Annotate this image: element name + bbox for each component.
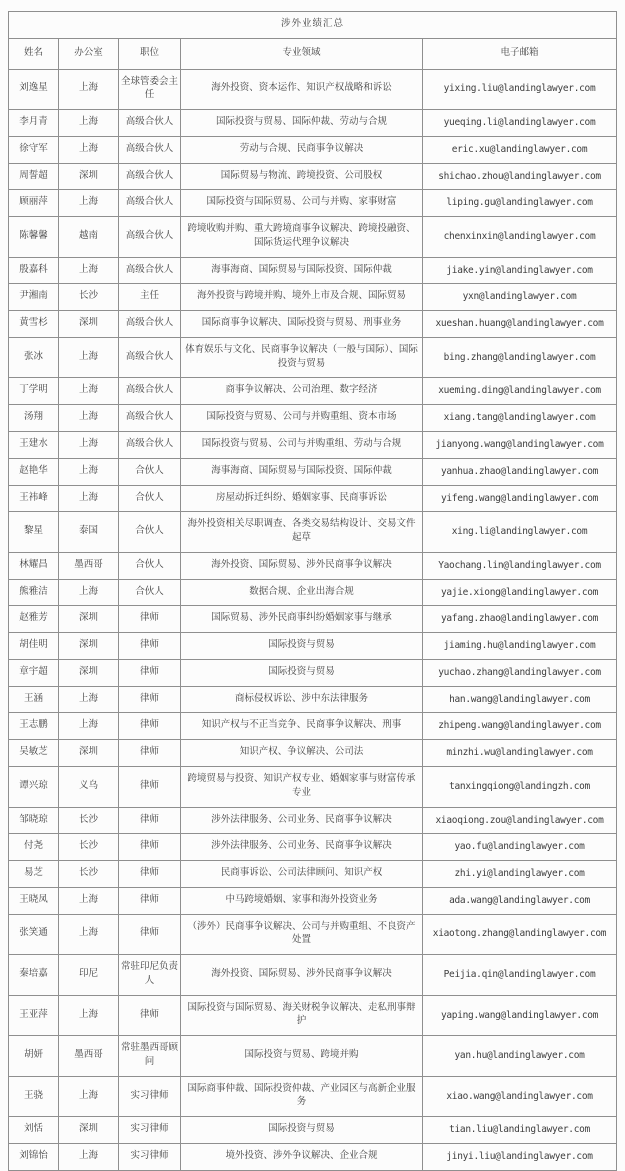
field-cell: 海外投资、国际贸易、涉外民商事争议解决 [181,552,423,579]
field-cell: 商事争议解决、公司治理、数字经济 [181,378,423,405]
position-cell: 律师 [119,633,181,660]
position-cell: 高级合伙人 [119,405,181,432]
office-cell: 印尼 [59,955,119,996]
name-cell: 黎星 [9,512,59,553]
table-row: 胡佳明深圳律师国际投资与贸易jiaming.hu@landinglawyer.c… [9,633,617,660]
email-cell: yaping.wang@landinglawyer.com [423,995,617,1036]
position-cell: 常驻墨西哥顾问 [119,1036,181,1077]
name-cell: 刘锦怡 [9,1143,59,1170]
email-cell: yanhua.zhao@landinglawyer.com [423,458,617,485]
position-cell: 高级合伙人 [119,311,181,338]
office-cell: 泰国 [59,512,119,553]
email-cell: xiaotong.zhang@landinglawyer.com [423,914,617,955]
position-cell: 全球管委会主任 [119,69,181,110]
email-cell: minzhi.wu@landinglawyer.com [423,740,617,767]
table-row: 王晓凤上海律师中马跨境婚姻、家事和海外投资业务ada.wang@landingl… [9,887,617,914]
position-cell: 合伙人 [119,552,181,579]
position-cell: 合伙人 [119,579,181,606]
name-cell: 秦培嘉 [9,955,59,996]
email-cell: jinyi.liu@landinglawyer.com [423,1143,617,1170]
office-cell: 上海 [59,378,119,405]
name-cell: 张笑通 [9,914,59,955]
email-cell: zhi.yi@landinglawyer.com [423,861,617,888]
position-cell: 律师 [119,740,181,767]
email-cell: tian.liu@landinglawyer.com [423,1117,617,1144]
position-cell: 合伙人 [119,458,181,485]
name-cell: 王志鹏 [9,713,59,740]
name-cell: 付尧 [9,834,59,861]
office-cell: 长沙 [59,807,119,834]
email-cell: liping.gu@landinglawyer.com [423,190,617,217]
name-cell: 吴敏芝 [9,740,59,767]
office-cell: 深圳 [59,311,119,338]
email-cell: jiake.yin@landinglawyer.com [423,257,617,284]
field-cell: 海外投资相关尽职调查、各类交易结构设计、交易文件起草 [181,512,423,553]
position-cell: 律师 [119,861,181,888]
position-cell: 律师 [119,887,181,914]
name-cell: 赵雅芳 [9,606,59,633]
office-cell: 上海 [59,458,119,485]
table-row: 张冰上海高级合伙人体育娱乐与文化、民商事争议解决（一般与国际）、国际投资与贸易b… [9,337,617,378]
table-row: 赵艳华上海合伙人海事海商、国际贸易与国际投资、国际仲裁yanhua.zhao@l… [9,458,617,485]
field-cell: 知识产权与不正当竞争、民商事争议解决、刑事 [181,713,423,740]
office-cell: 深圳 [59,740,119,767]
table-head: 涉外业绩汇总 姓名办公室职位专业领域电子邮箱 [9,12,617,70]
table-row: 熊雅洁上海合伙人数据合规、企业出海合规yajie.xiong@landingla… [9,579,617,606]
name-cell: 王涵 [9,686,59,713]
email-cell: eric.xu@landinglawyer.com [423,136,617,163]
table-row: 章宇超深圳律师国际投资与贸易yuchao.zhang@landinglawyer… [9,659,617,686]
table-row: 徐守军上海高级合伙人劳动与合规、民商事争议解决eric.xu@landingla… [9,136,617,163]
position-cell: 高级合伙人 [119,378,181,405]
table-row: 周誓超深圳高级合伙人国际贸易与物流、跨境投资、公司股权shichao.zhou@… [9,163,617,190]
table-row: 王骁上海实习律师国际商事仲裁、国际投资仲裁、产业园区与高新企业服务xiao.wa… [9,1076,617,1117]
table-row: 顾丽萍上海高级合伙人国际投资与国际贸易、公司与并购、家事财富liping.gu@… [9,190,617,217]
email-cell: chenxinxin@landinglawyer.com [423,217,617,258]
office-cell: 上海 [59,190,119,217]
field-cell: 民商事诉讼、公司法律顾问、知识产权 [181,861,423,888]
name-cell: 黄雪杉 [9,311,59,338]
column-header: 职位 [119,38,181,69]
field-cell: 国际贸易、涉外民商事纠纷婚姻家事与继承 [181,606,423,633]
field-cell: 国际投资与国际贸易、公司与并购、家事财富 [181,190,423,217]
office-cell: 深圳 [59,606,119,633]
office-cell: 上海 [59,1076,119,1117]
position-cell: 合伙人 [119,485,181,512]
name-cell: 陈馨馨 [9,217,59,258]
email-cell: xiao.wang@landinglawyer.com [423,1076,617,1117]
column-header: 姓名 [9,38,59,69]
position-cell: 律师 [119,914,181,955]
field-cell: 国际投资与贸易、国际仲裁、劳动与合规 [181,110,423,137]
office-cell: 上海 [59,1143,119,1170]
office-cell: 上海 [59,136,119,163]
position-cell: 实习律师 [119,1117,181,1144]
email-cell: yueqing.li@landinglawyer.com [423,110,617,137]
lawyer-roster-table: 涉外业绩汇总 姓名办公室职位专业领域电子邮箱 刘逸星上海全球管委会主任海外投资、… [8,11,617,1171]
office-cell: 长沙 [59,834,119,861]
field-cell: 国际投资与贸易、公司与并购重组、资本市场 [181,405,423,432]
table-row: 王亚萍上海律师国际投资与国际贸易、海关财税争议解决、走私刑事辩护yaping.w… [9,995,617,1036]
office-cell: 上海 [59,485,119,512]
office-cell: 深圳 [59,163,119,190]
table-row: 赵雅芳深圳律师国际贸易、涉外民商事纠纷婚姻家事与继承yafang.zhao@la… [9,606,617,633]
name-cell: 张冰 [9,337,59,378]
name-cell: 王祎峰 [9,485,59,512]
office-cell: 深圳 [59,659,119,686]
email-cell: Peijia.qin@landinglawyer.com [423,955,617,996]
name-cell: 徐守军 [9,136,59,163]
table-row: 付尧长沙律师涉外法律服务、公司业务、民商事争议解决yao.fu@landingl… [9,834,617,861]
table-row: 陈馨馨越南高级合伙人跨境收购并购、重大跨境商事争议解决、跨境投融资、国际货运代理… [9,217,617,258]
office-cell: 上海 [59,337,119,378]
field-cell: 数据合规、企业出海合规 [181,579,423,606]
office-cell: 义乌 [59,766,119,807]
name-cell: 汤翔 [9,405,59,432]
table-row: 丁学明上海高级合伙人商事争议解决、公司治理、数字经济xueming.ding@l… [9,378,617,405]
position-cell: 高级合伙人 [119,163,181,190]
office-cell: 上海 [59,110,119,137]
position-cell: 高级合伙人 [119,110,181,137]
field-cell: 房屋动拆迁纠纷、婚姻家事、民商事诉讼 [181,485,423,512]
office-cell: 上海 [59,713,119,740]
email-cell: xiang.tang@landinglawyer.com [423,405,617,432]
name-cell: 王亚萍 [9,995,59,1036]
office-cell: 上海 [59,579,119,606]
office-cell: 墨西哥 [59,1036,119,1077]
office-cell: 深圳 [59,1117,119,1144]
column-header: 办公室 [59,38,119,69]
position-cell: 高级合伙人 [119,136,181,163]
email-cell: yxn@landinglawyer.com [423,284,617,311]
field-cell: 国际投资与国际贸易、海关财税争议解决、走私刑事辩护 [181,995,423,1036]
table-row: 王建水上海高级合伙人国际投资与贸易、公司与并购重组、劳动与合规jianyong.… [9,432,617,459]
field-cell: 国际商事仲裁、国际投资仲裁、产业园区与高新企业服务 [181,1076,423,1117]
name-cell: 胡妍 [9,1036,59,1077]
field-cell: 劳动与合规、民商事争议解决 [181,136,423,163]
table-row: 胡妍墨西哥常驻墨西哥顾问国际投资与贸易、跨境并购yan.hu@landingla… [9,1036,617,1077]
position-cell: 高级合伙人 [119,217,181,258]
email-cell: bing.zhang@landinglawyer.com [423,337,617,378]
header-row: 姓名办公室职位专业领域电子邮箱 [9,38,617,69]
office-cell: 墨西哥 [59,552,119,579]
position-cell: 常驻印尼负责人 [119,955,181,996]
table-row: 刘逸星上海全球管委会主任海外投资、资本运作、知识产权战略和诉讼yixing.li… [9,69,617,110]
table-row: 汤翔上海高级合伙人国际投资与贸易、公司与并购重组、资本市场xiang.tang@… [9,405,617,432]
name-cell: 周誓超 [9,163,59,190]
position-cell: 律师 [119,659,181,686]
table-row: 黄雪杉深圳高级合伙人国际商事争议解决、国际投资与贸易、刑事业务xueshan.h… [9,311,617,338]
table-row: 黎星泰国合伙人海外投资相关尽职调查、各类交易结构设计、交易文件起草xing.li… [9,512,617,553]
office-cell: 长沙 [59,861,119,888]
position-cell: 律师 [119,995,181,1036]
table-body: 刘逸星上海全球管委会主任海外投资、资本运作、知识产权战略和诉讼yixing.li… [9,69,617,1170]
field-cell: 海事海商、国际贸易与国际投资、国际仲裁 [181,257,423,284]
name-cell: 王建水 [9,432,59,459]
email-cell: yao.fu@landinglawyer.com [423,834,617,861]
field-cell: 海外投资与跨境并购、境外上市及合规、国际贸易 [181,284,423,311]
email-cell: shichao.zhou@landinglawyer.com [423,163,617,190]
table-row: 张笑通上海律师（涉外）民商事争议解决、公司与并购重组、不良资产处置xiaoton… [9,914,617,955]
office-cell: 上海 [59,69,119,110]
position-cell: 高级合伙人 [119,190,181,217]
name-cell: 谭兴琼 [9,766,59,807]
field-cell: 国际投资与贸易 [181,633,423,660]
name-cell: 赵艳华 [9,458,59,485]
position-cell: 律师 [119,606,181,633]
position-cell: 高级合伙人 [119,432,181,459]
name-cell: 林耀昌 [9,552,59,579]
email-cell: xiaoqiong.zou@landinglawyer.com [423,807,617,834]
field-cell: 海事海商、国际贸易与国际投资、国际仲裁 [181,458,423,485]
name-cell: 刘逸星 [9,69,59,110]
table-row: 谭兴琼义乌律师跨境贸易与投资、知识产权专业、婚姻家事与财富传承专业tanxing… [9,766,617,807]
position-cell: 律师 [119,766,181,807]
position-cell: 合伙人 [119,512,181,553]
table-title: 涉外业绩汇总 [9,12,617,39]
table-row: 李月青上海高级合伙人国际投资与贸易、国际仲裁、劳动与合规yueqing.li@l… [9,110,617,137]
email-cell: yajie.xiong@landinglawyer.com [423,579,617,606]
office-cell: 深圳 [59,633,119,660]
field-cell: 商标侵权诉讼、涉中东法律服务 [181,686,423,713]
email-cell: zhipeng.wang@landinglawyer.com [423,713,617,740]
position-cell: 实习律师 [119,1076,181,1117]
email-cell: yuchao.zhang@landinglawyer.com [423,659,617,686]
table-row: 秦培嘉印尼常驻印尼负责人海外投资、国际贸易、涉外民商事争议解决Peijia.qi… [9,955,617,996]
name-cell: 尹湘南 [9,284,59,311]
name-cell: 顾丽萍 [9,190,59,217]
email-cell: xueshan.huang@landinglawyer.com [423,311,617,338]
column-header: 专业领域 [181,38,423,69]
name-cell: 王晓凤 [9,887,59,914]
table-row: 易芝长沙律师民商事诉讼、公司法律顾问、知识产权zhi.yi@landinglaw… [9,861,617,888]
position-cell: 高级合伙人 [119,257,181,284]
column-header: 电子邮箱 [423,38,617,69]
name-cell: 李月青 [9,110,59,137]
position-cell: 实习律师 [119,1143,181,1170]
office-cell: 上海 [59,257,119,284]
name-cell: 章宇超 [9,659,59,686]
email-cell: yafang.zhao@landinglawyer.com [423,606,617,633]
office-cell: 上海 [59,995,119,1036]
field-cell: 国际投资与贸易、公司与并购重组、劳动与合规 [181,432,423,459]
title-row: 涉外业绩汇总 [9,12,617,39]
email-cell: han.wang@landinglawyer.com [423,686,617,713]
table-row: 王涵上海律师商标侵权诉讼、涉中东法律服务han.wang@landinglawy… [9,686,617,713]
position-cell: 律师 [119,807,181,834]
office-cell: 上海 [59,686,119,713]
email-cell: xing.li@landinglawyer.com [423,512,617,553]
name-cell: 殷嘉科 [9,257,59,284]
document-page: 涉外业绩汇总 姓名办公室职位专业领域电子邮箱 刘逸星上海全球管委会主任海外投资、… [0,0,625,1127]
field-cell: 体育娱乐与文化、民商事争议解决（一般与国际）、国际投资与贸易 [181,337,423,378]
field-cell: 国际商事争议解决、国际投资与贸易、刑事业务 [181,311,423,338]
position-cell: 律师 [119,713,181,740]
field-cell: 跨境收购并购、重大跨境商事争议解决、跨境投融资、国际货运代理争议解决 [181,217,423,258]
field-cell: 国际贸易与物流、跨境投资、公司股权 [181,163,423,190]
field-cell: 涉外法律服务、公司业务、民商事争议解决 [181,834,423,861]
name-cell: 胡佳明 [9,633,59,660]
table-row: 吴敏芝深圳律师知识产权、争议解决、公司法minzhi.wu@landinglaw… [9,740,617,767]
position-cell: 律师 [119,834,181,861]
email-cell: xueming.ding@landinglawyer.com [423,378,617,405]
field-cell: 中马跨境婚姻、家事和海外投资业务 [181,887,423,914]
name-cell: 丁学明 [9,378,59,405]
name-cell: 邹晓琼 [9,807,59,834]
field-cell: 海外投资、资本运作、知识产权战略和诉讼 [181,69,423,110]
email-cell: tanxingqiong@landingzh.com [423,766,617,807]
email-cell: yifeng.wang@landinglawyer.com [423,485,617,512]
field-cell: 国际投资与贸易 [181,659,423,686]
table-row: 王祎峰上海合伙人房屋动拆迁纠纷、婚姻家事、民商事诉讼yifeng.wang@la… [9,485,617,512]
position-cell: 律师 [119,686,181,713]
name-cell: 王骁 [9,1076,59,1117]
office-cell: 上海 [59,432,119,459]
email-cell: jianyong.wang@landinglawyer.com [423,432,617,459]
email-cell: Yaochang.lin@landinglawyer.com [423,552,617,579]
name-cell: 刘恬 [9,1117,59,1144]
email-cell: ada.wang@landinglawyer.com [423,887,617,914]
field-cell: 涉外法律服务、公司业务、民商事争议解决 [181,807,423,834]
field-cell: 海外投资、国际贸易、涉外民商事争议解决 [181,955,423,996]
email-cell: yan.hu@landinglawyer.com [423,1036,617,1077]
table-row: 刘恬深圳实习律师国际投资与贸易tian.liu@landinglawyer.co… [9,1117,617,1144]
office-cell: 长沙 [59,284,119,311]
field-cell: 境外投资、涉外争议解决、企业合规 [181,1143,423,1170]
name-cell: 易芝 [9,861,59,888]
table-row: 邹晓琼长沙律师涉外法律服务、公司业务、民商事争议解决xiaoqiong.zou@… [9,807,617,834]
field-cell: 国际投资与贸易、跨境并购 [181,1036,423,1077]
field-cell: （涉外）民商事争议解决、公司与并购重组、不良资产处置 [181,914,423,955]
email-cell: yixing.liu@landinglawyer.com [423,69,617,110]
table-row: 林耀昌墨西哥合伙人海外投资、国际贸易、涉外民商事争议解决Yaochang.lin… [9,552,617,579]
field-cell: 国际投资与贸易 [181,1117,423,1144]
office-cell: 上海 [59,914,119,955]
field-cell: 知识产权、争议解决、公司法 [181,740,423,767]
email-cell: jiaming.hu@landinglawyer.com [423,633,617,660]
table-row: 殷嘉科上海高级合伙人海事海商、国际贸易与国际投资、国际仲裁jiake.yin@l… [9,257,617,284]
position-cell: 主任 [119,284,181,311]
table-row: 尹湘南长沙主任海外投资与跨境并购、境外上市及合规、国际贸易yxn@landing… [9,284,617,311]
name-cell: 熊雅洁 [9,579,59,606]
office-cell: 上海 [59,405,119,432]
table-row: 王志鹏上海律师知识产权与不正当竞争、民商事争议解决、刑事zhipeng.wang… [9,713,617,740]
office-cell: 越南 [59,217,119,258]
position-cell: 高级合伙人 [119,337,181,378]
table-row: 刘锦怡上海实习律师境外投资、涉外争议解决、企业合规jinyi.liu@landi… [9,1143,617,1170]
field-cell: 跨境贸易与投资、知识产权专业、婚姻家事与财富传承专业 [181,766,423,807]
office-cell: 上海 [59,887,119,914]
